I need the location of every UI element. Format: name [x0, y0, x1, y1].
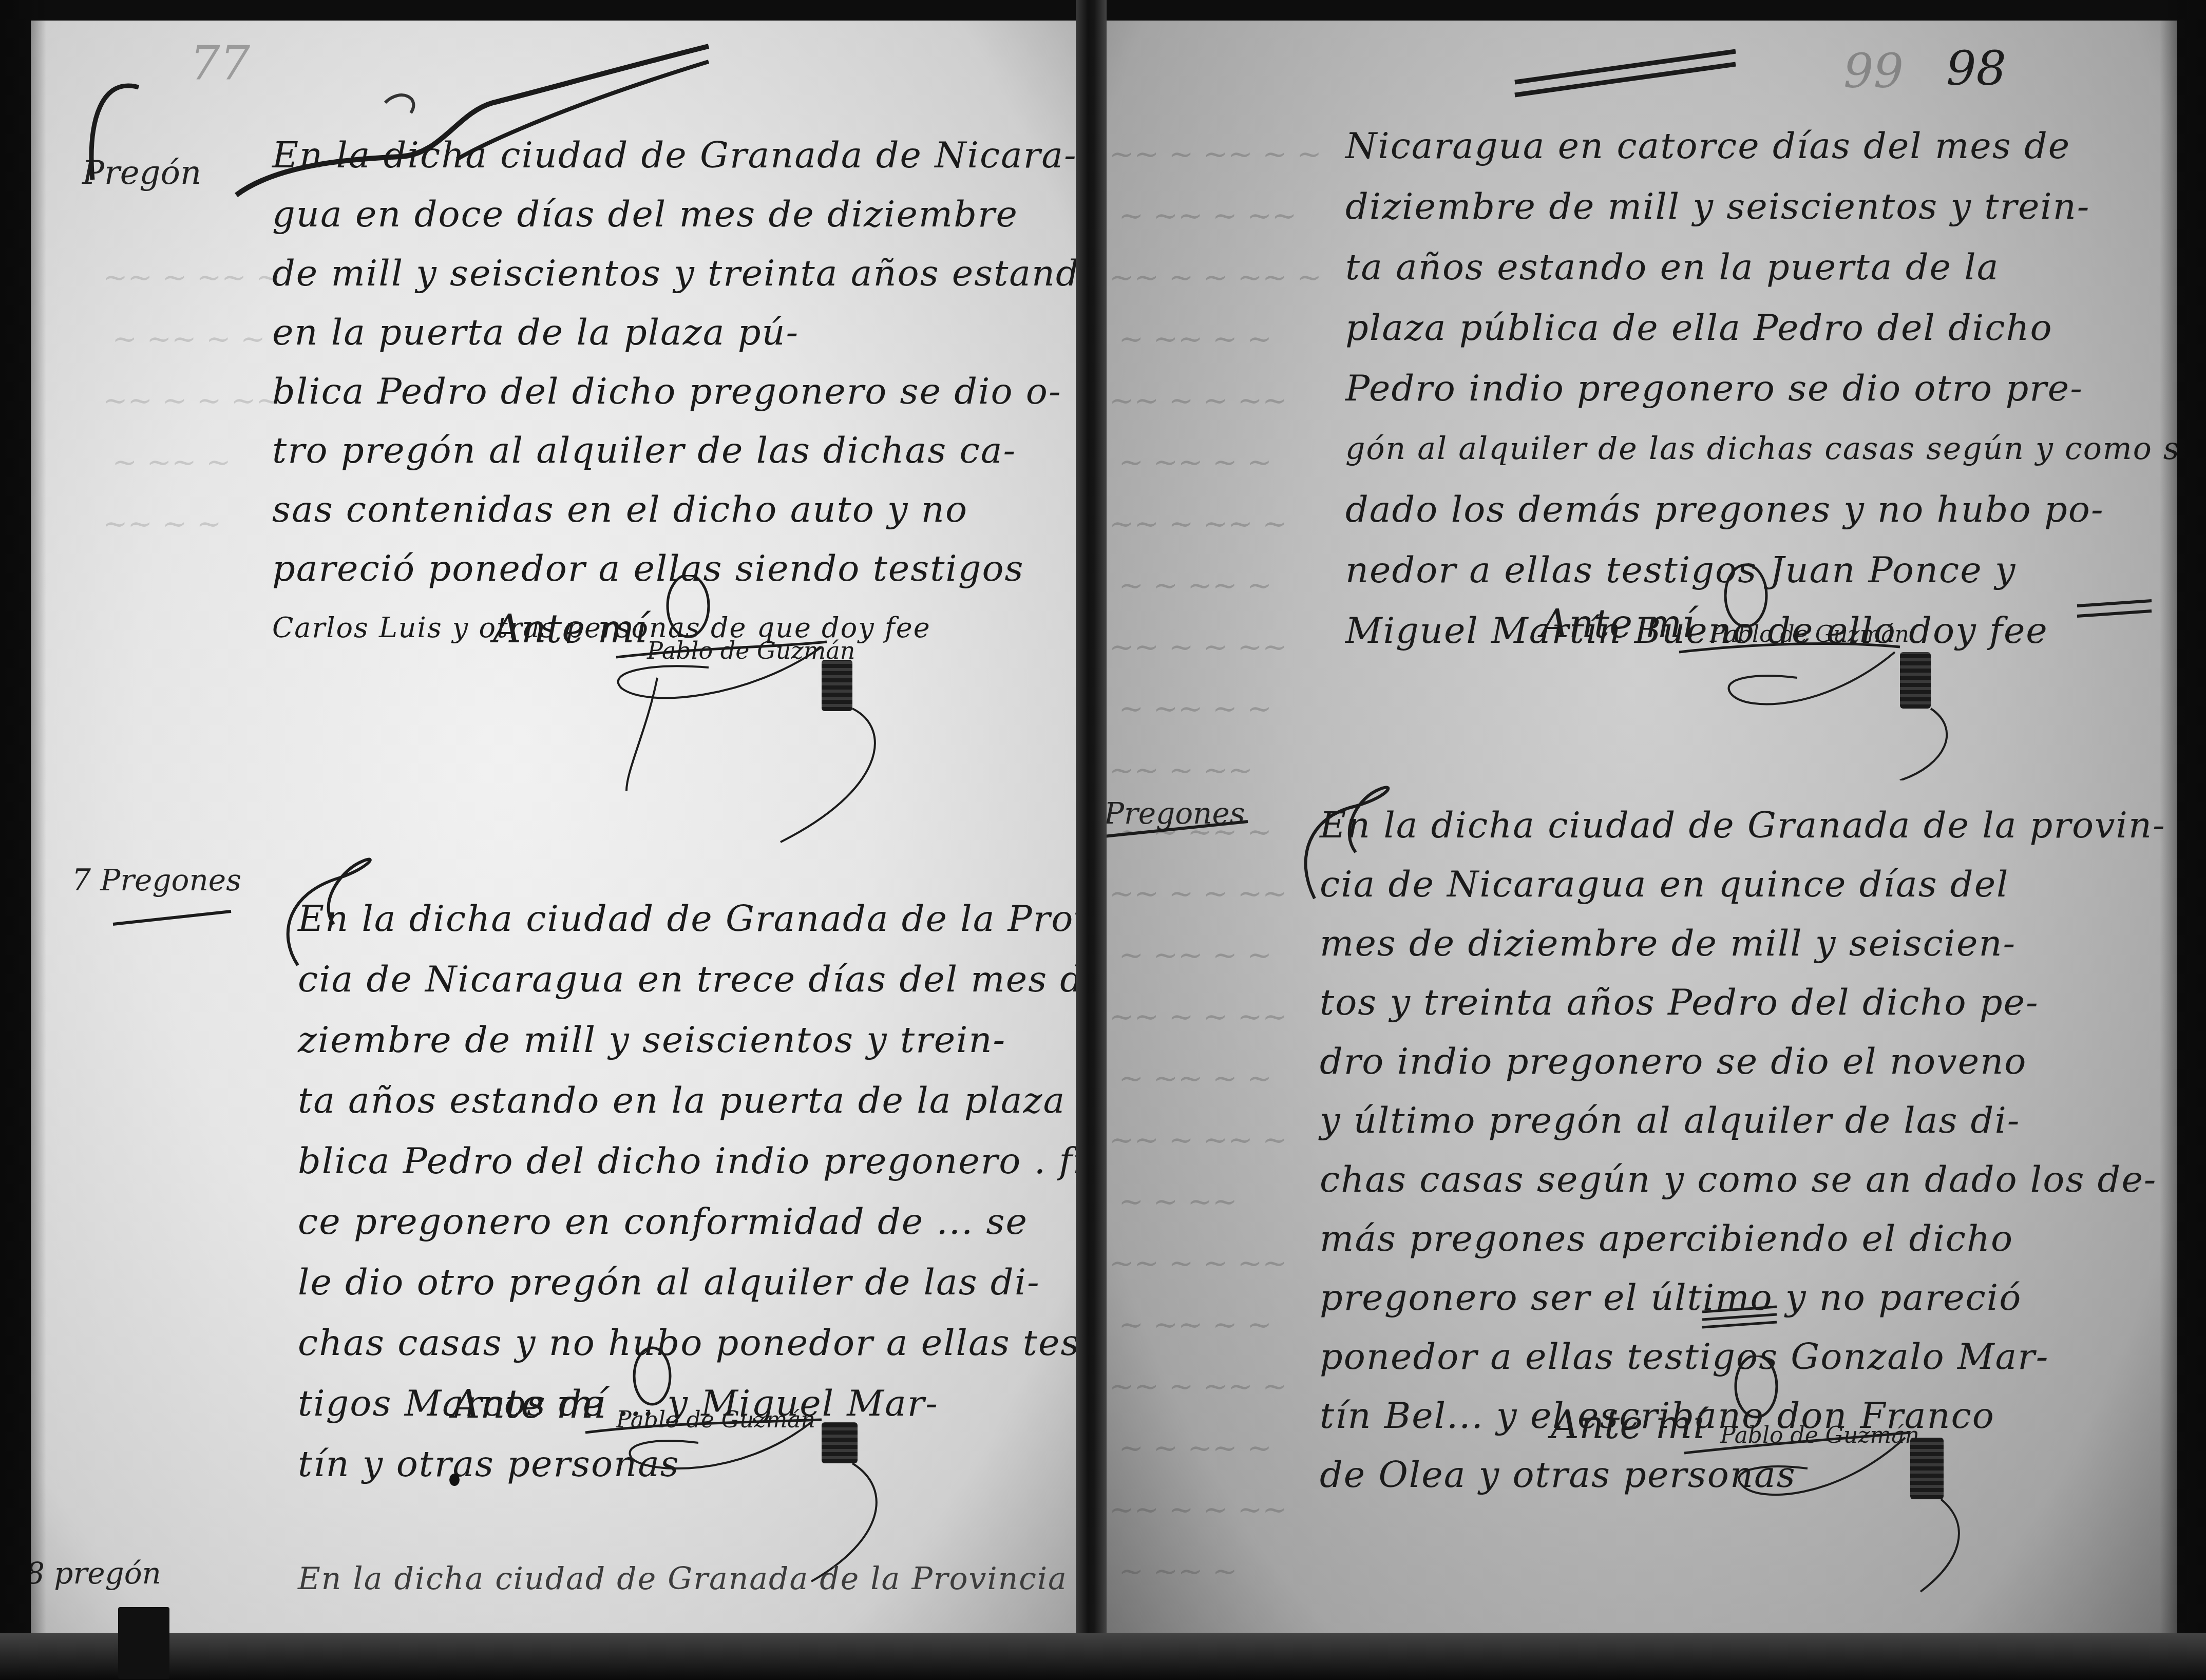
line-end-mark: [2075, 596, 2157, 626]
signature-rubric-icon: [493, 575, 955, 863]
margin-note-8-pregon: 8 pregón: [31, 1556, 161, 1591]
left-page: ~~ ~ ~~ ~ ~ ~~ ~ ~ ~~ ~ ~ ~~ ~ ~~ ~ ~~ ~…: [31, 21, 1083, 1653]
line-end-mark: [1700, 1304, 1782, 1330]
folio-number-crossed: 99: [1843, 44, 1904, 99]
signature-rubric-icon: [1551, 1356, 2013, 1602]
notary-signature: Ante mí Pablo de Guzmán: [452, 1345, 914, 1592]
ink-blot: [449, 1474, 460, 1486]
signature-rubric-icon: [1541, 555, 2003, 780]
margin-letter-flourish: [82, 77, 154, 195]
bleed-through-text: ~~ ~ ~~ ~ ~ ~ ~~ ~ ~~ ~~ ~ ~ ~~ ~ ~ ~~ ~…: [1109, 123, 1322, 1602]
folio-number: 98: [1946, 41, 2006, 96]
margin-underline: [1099, 811, 1253, 842]
scan-edge-shadow-left: [0, 0, 46, 1680]
scan-edge-shadow-right: [2160, 0, 2206, 1680]
signature-rubric-icon: [452, 1345, 914, 1592]
bleed-through-text: ~~ ~ ~~ ~ ~ ~~ ~ ~ ~~ ~ ~ ~~ ~ ~~ ~ ~~ ~…: [103, 246, 281, 555]
margin-note-7-pregones: 7 Pregones: [72, 863, 241, 898]
notary-signature: Ante mí Pablo de Guzmán: [1551, 1356, 2013, 1602]
scan-edge-shadow-bottom: [0, 1633, 2206, 1680]
book-gutter: [1076, 0, 1107, 1680]
right-page: ~~ ~ ~~ ~ ~ ~ ~~ ~ ~~ ~~ ~ ~ ~~ ~ ~ ~~ ~…: [1099, 21, 2177, 1653]
margin-underline: [108, 909, 236, 929]
binding-tab: [118, 1607, 169, 1679]
top-double-stroke: [1510, 41, 1741, 98]
notary-signature: Ante mí Pablo de Guzmán: [493, 575, 955, 863]
notary-signature: Ante mí Pablo de Guzmán: [1541, 555, 2003, 780]
